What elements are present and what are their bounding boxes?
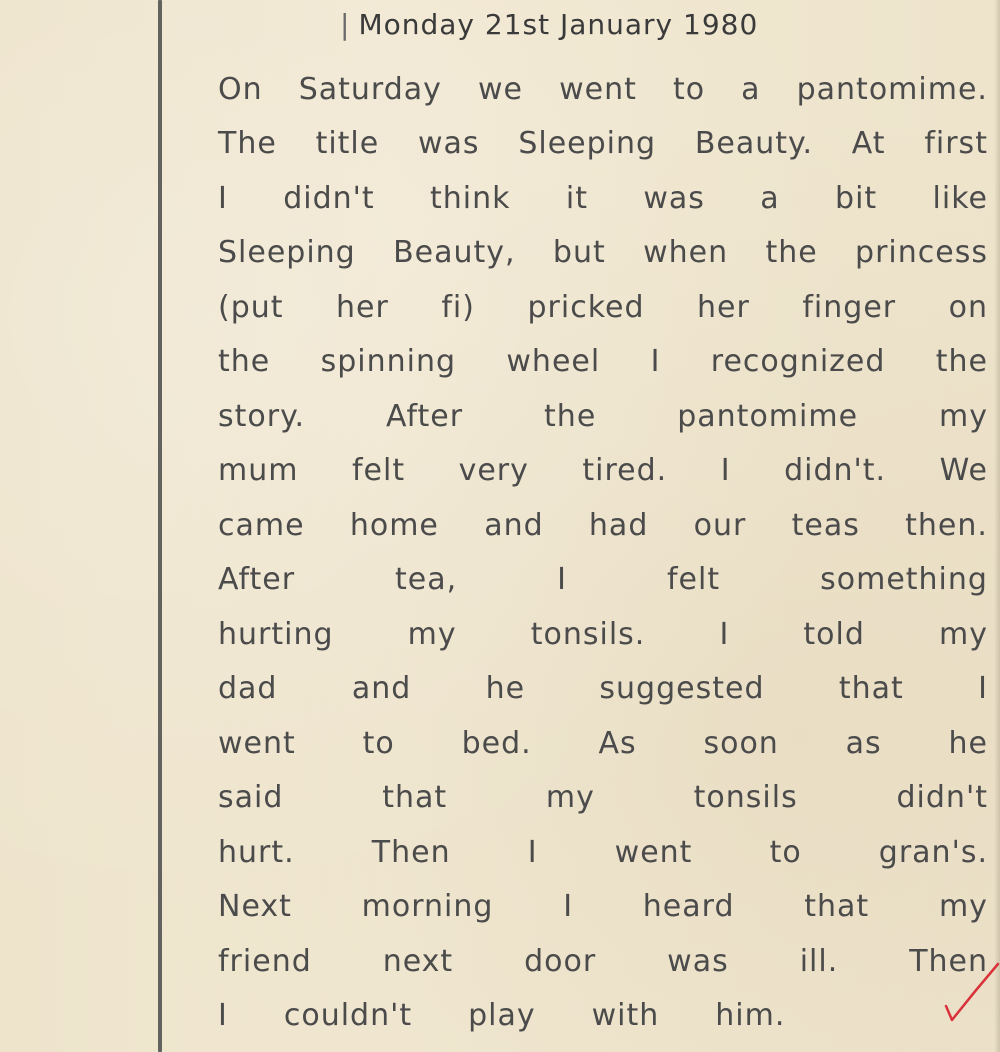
- word: gran's.: [879, 835, 988, 870]
- word: Beauty,: [393, 235, 516, 270]
- word: I: [528, 835, 538, 870]
- word: suggested: [599, 671, 764, 706]
- margin-rule: [158, 0, 162, 1052]
- word: soon: [703, 726, 778, 761]
- word: (put: [218, 290, 284, 325]
- word: went: [615, 835, 693, 870]
- heading-mark: |: [340, 8, 350, 41]
- word: something: [820, 562, 988, 597]
- word: I: [721, 453, 731, 488]
- word: we: [478, 72, 523, 107]
- text-line: Icouldn'tplaywithhim.: [218, 989, 988, 1044]
- word: my: [939, 399, 988, 434]
- word: to: [770, 835, 802, 870]
- word: didn't: [897, 780, 988, 815]
- word: Saturday: [299, 72, 442, 107]
- word: morning: [362, 889, 494, 924]
- word: We: [940, 453, 988, 488]
- word: to: [673, 72, 705, 107]
- word: title: [316, 126, 380, 161]
- word: felt: [667, 562, 720, 597]
- word: door: [524, 944, 596, 979]
- word: hurt.: [218, 835, 295, 870]
- word: As: [598, 726, 636, 761]
- word: to: [363, 726, 395, 761]
- text-line: thespinningwheelIrecognizedthe: [218, 335, 988, 390]
- word: a: [741, 72, 760, 107]
- word: bit: [835, 181, 877, 216]
- word: spinning: [321, 344, 456, 379]
- word: fi): [441, 290, 475, 325]
- word: a: [760, 181, 779, 216]
- word: I: [218, 181, 228, 216]
- word: I: [719, 617, 729, 652]
- text-line: hurt.ThenIwenttogran's.: [218, 825, 988, 880]
- word: home: [350, 508, 439, 543]
- word: he: [949, 726, 988, 761]
- word: first: [924, 126, 988, 161]
- text-line: OnSaturdaywewenttoapantomime.: [218, 62, 988, 117]
- word: tonsils.: [531, 617, 646, 652]
- word: told: [803, 617, 865, 652]
- word: mum: [218, 453, 298, 488]
- text-line: mumfeltverytired.Ididn't.We: [218, 444, 988, 499]
- word: pricked: [528, 290, 645, 325]
- word: her: [697, 290, 750, 325]
- word: heard: [643, 889, 735, 924]
- word: tonsils: [694, 780, 798, 815]
- text-line: (putherfi)prickedherfingeron: [218, 280, 988, 335]
- word: the: [218, 344, 270, 379]
- word: the: [765, 235, 817, 270]
- word: my: [408, 617, 457, 652]
- word: couldn't: [284, 998, 412, 1033]
- entry-date-heading: |Monday 21st January 1980: [340, 8, 860, 41]
- text-line: story.Afterthepantomimemy: [218, 389, 988, 444]
- text-line: Aftertea,Ifeltsomething: [218, 553, 988, 608]
- word: on: [949, 290, 988, 325]
- word: recognized: [711, 344, 886, 379]
- word: story.: [218, 399, 305, 434]
- word: that: [839, 671, 904, 706]
- word: my: [546, 780, 595, 815]
- word: ill.: [800, 944, 839, 979]
- word: I: [651, 344, 661, 379]
- word: when: [643, 235, 728, 270]
- word: that: [804, 889, 869, 924]
- word: her: [336, 290, 389, 325]
- text-line: ThetitlewasSleepingBeauty.Atfirst: [218, 117, 988, 172]
- word: At: [852, 126, 886, 161]
- word: very: [459, 453, 529, 488]
- word: pantomime: [677, 399, 858, 434]
- left-margin: [0, 0, 158, 1052]
- word: Sleeping: [518, 126, 656, 161]
- word: felt: [352, 453, 405, 488]
- word: Sleeping: [218, 235, 356, 270]
- word: was: [643, 181, 705, 216]
- word: that: [382, 780, 447, 815]
- word: our: [694, 508, 747, 543]
- word: Beauty.: [695, 126, 813, 161]
- word: teas: [792, 508, 860, 543]
- word: Next: [218, 889, 292, 924]
- word: wheel: [506, 344, 600, 379]
- word: After: [218, 562, 295, 597]
- word: I: [978, 671, 988, 706]
- word: Then: [372, 835, 451, 870]
- text-line: NextmorningIheardthatmy: [218, 880, 988, 935]
- text-line: SleepingBeauty,butwhentheprincess: [218, 226, 988, 281]
- word: bed.: [462, 726, 532, 761]
- word: I: [218, 998, 228, 1033]
- word: he: [486, 671, 525, 706]
- entry-date: Monday 21st January 1980: [358, 8, 758, 41]
- word: it: [566, 181, 588, 216]
- word: said: [218, 780, 283, 815]
- text-line: hurtingmytonsils.Itoldmy: [218, 607, 988, 662]
- text-line: Ididn'tthinkitwasabitlike: [218, 171, 988, 226]
- word: hurting: [218, 617, 334, 652]
- word: the: [544, 399, 596, 434]
- word: pantomime.: [797, 72, 988, 107]
- word: think: [430, 181, 511, 216]
- word: I: [557, 562, 567, 597]
- word: dad: [218, 671, 277, 706]
- word: play: [468, 998, 536, 1033]
- word: next: [383, 944, 453, 979]
- page-edge: [994, 0, 1000, 1052]
- word: and: [352, 671, 411, 706]
- text-line: friendnextdoorwasill.Then: [218, 934, 988, 989]
- word: tea,: [395, 562, 457, 597]
- word: with: [592, 998, 660, 1033]
- text-line: wenttobed.Assoonashe: [218, 716, 988, 771]
- word: went: [559, 72, 637, 107]
- word: The: [218, 126, 277, 161]
- word: had: [589, 508, 648, 543]
- word: On: [218, 72, 263, 107]
- word: like: [933, 181, 988, 216]
- word: as: [846, 726, 882, 761]
- word: was: [667, 944, 729, 979]
- word: didn't.: [784, 453, 886, 488]
- word: then.: [905, 508, 988, 543]
- word: didn't: [283, 181, 374, 216]
- word: I: [563, 889, 573, 924]
- red-tick-icon: [944, 962, 1000, 1028]
- diary-page: |Monday 21st January 1980 OnSaturdaywewe…: [0, 0, 1000, 1052]
- word: was: [418, 126, 480, 161]
- word: princess: [855, 235, 988, 270]
- word: friend: [218, 944, 312, 979]
- word: my: [939, 617, 988, 652]
- text-line: dadandhesuggestedthatI: [218, 662, 988, 717]
- word: came: [218, 508, 305, 543]
- word: finger: [802, 290, 896, 325]
- word: After: [386, 399, 463, 434]
- word: went: [218, 726, 296, 761]
- word: him.: [715, 998, 785, 1033]
- entry-body: OnSaturdaywewenttoapantomime.Thetitlewas…: [218, 62, 988, 1043]
- text-line: camehomeandhadourteasthen.: [218, 498, 988, 553]
- word: and: [484, 508, 543, 543]
- word: my: [939, 889, 988, 924]
- text-line: saidthatmytonsilsdidn't: [218, 771, 988, 826]
- word: but: [553, 235, 606, 270]
- word: the: [936, 344, 988, 379]
- word: tired.: [582, 453, 667, 488]
